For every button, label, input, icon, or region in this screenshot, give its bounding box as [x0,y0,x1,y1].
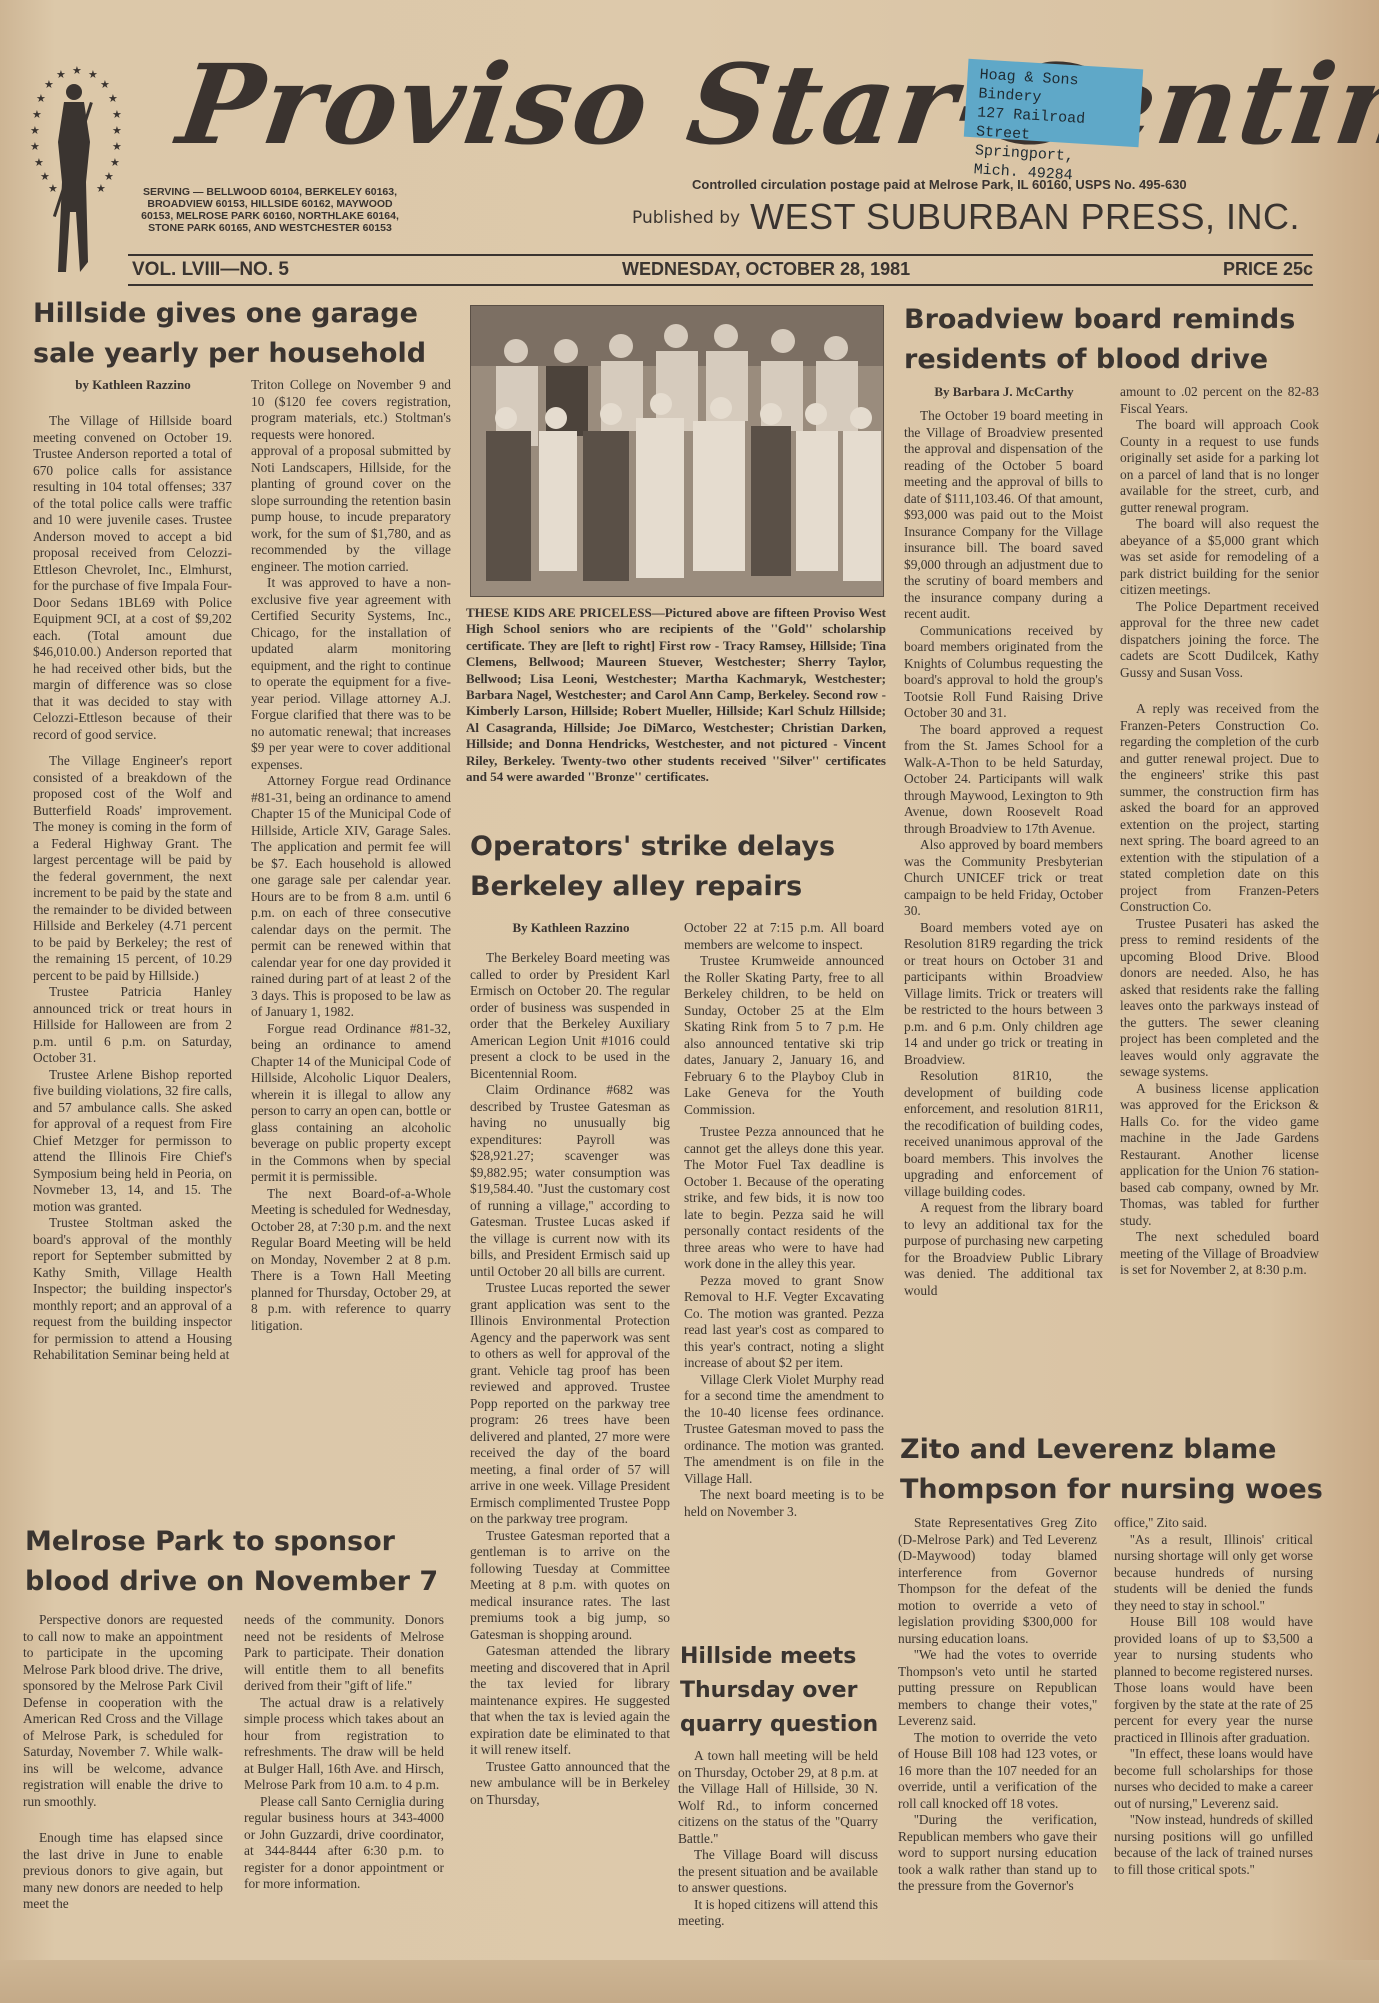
group-photo-scholarship-seniors [470,305,884,597]
headline-broadview-blood-drive: Broadview board reminds residents of blo… [904,300,1295,380]
svg-text:★: ★ [112,141,122,153]
masthead-rule-bottom [128,284,1313,286]
byline: by Kathleen Razzino [33,377,233,393]
svg-text:★: ★ [48,183,58,195]
svg-text:★: ★ [100,79,110,91]
svg-text:★: ★ [30,125,40,137]
svg-text:★: ★ [112,109,122,121]
article-column: amount to .02 percent on the 82-83 Fisca… [1120,384,1319,1279]
svg-text:★: ★ [40,171,50,183]
article-column: The Village of Hillside board meeting co… [33,413,232,1364]
publisher-name: WEST SUBURBAN PRESS, INC. [750,196,1300,237]
svg-text:★: ★ [56,69,66,81]
headline-hillside-quarry: Hillside meets Thursday over quarry ques… [680,1640,878,1742]
headline-melrose-blood-drive: Melrose Park to sponsor blood drive on N… [25,1522,438,1602]
postage-notice: Controlled circulation postage paid at M… [692,177,1187,192]
serving-areas: SERVING — BELLWOOD 60104, BERKELEY 60163… [130,186,410,234]
minuteman-logo-icon: ★★★ ★★★ ★★★ ★★★ ★★★ ★★★ ★ [28,62,128,280]
article-column: The Berkeley Board meeting was called to… [470,950,670,1808]
svg-text:★: ★ [88,69,98,81]
masthead-rule-top [128,254,1313,256]
newspaper-nameplate: Proviso Star-Sentinel [171,40,1379,169]
article-column: State Representatives Greg Zito (D-Melro… [898,1515,1097,1895]
svg-text:★: ★ [34,157,44,169]
svg-text:★: ★ [108,93,118,105]
byline: By Barbara J. McCarthy [904,384,1104,400]
headline-hillside-garage: Hillside gives one garage sale yearly pe… [33,294,426,374]
newspaper-page: ★★★ ★★★ ★★★ ★★★ ★★★ ★★★ ★ Proviso Star-S… [0,0,1379,2003]
byline: By Kathleen Razzino [472,920,670,936]
article-column: office,'' Zito said. ''As a result, Illi… [1114,1515,1313,1878]
svg-text:★: ★ [96,183,106,195]
issue-price: PRICE 25c [1223,259,1313,280]
svg-text:★: ★ [104,171,114,183]
headline-berkeley-alley: Operators' strike delays Berkeley alley … [470,827,835,907]
published-by-label: Published by [632,208,740,228]
svg-text:★: ★ [112,125,122,137]
article-column: Triton College on November 9 and 10 ($12… [251,377,451,1334]
volume-number: VOL. LVIII—NO. 5 [132,259,289,281]
page-bottom-margin [0,1960,1379,2003]
article-column: Perspective donors are requested to call… [23,1612,223,1913]
article-column: The October 19 board meeting in the Vill… [904,408,1103,1299]
svg-text:★: ★ [30,141,40,153]
svg-text:★: ★ [36,93,46,105]
svg-text:★: ★ [44,79,54,91]
mailing-label: Hoag & Sons Bindery 127 Railroad Street … [964,59,1143,148]
article-column: needs of the community. Donors need not … [244,1612,444,1893]
photo-figures-icon [471,306,883,596]
svg-text:★: ★ [110,157,120,169]
svg-text:★: ★ [72,65,82,77]
publisher-line: Published byWEST SUBURBAN PRESS, INC. [632,196,1300,238]
headline-zito-leverenz: Zito and Leverenz blame Thompson for nur… [900,1430,1323,1510]
photo-caption: THESE KIDS ARE PRICELESS—Pictured above … [466,605,886,785]
dateline: VOL. LVIII—NO. 5 WEDNESDAY, OCTOBER 28, … [132,259,1313,283]
article-column: October 22 at 7:15 p.m. All board member… [684,920,884,1520]
article-column: A town hall meeting will be held on Thur… [678,1748,878,1930]
svg-text:★: ★ [32,109,42,121]
issue-date: WEDNESDAY, OCTOBER 28, 1981 [622,259,910,280]
